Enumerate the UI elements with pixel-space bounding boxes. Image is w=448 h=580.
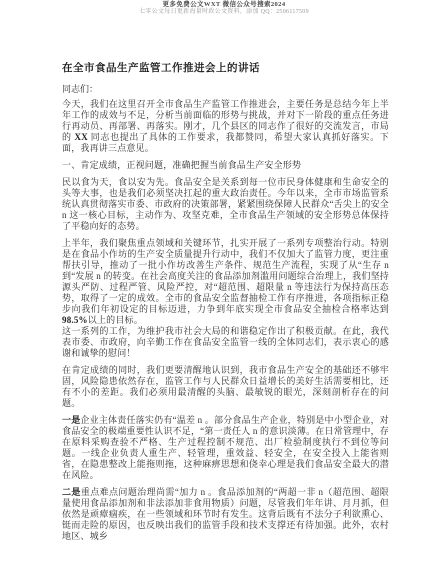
watermark-line-1: 更多免费公文WXT 微信公众号搜索2024 — [0, 1, 448, 8]
salutation: 同志们： — [62, 84, 389, 95]
bold-text: 二是 — [62, 487, 81, 497]
paragraph: 二是重点难点问题治理尚需“加力 n 。食品添加剂的“两超一非 n（超范围、超限量… — [62, 487, 389, 542]
document-page: 更多免费公文WXT 微信公众号搜索2024 七零公文每日更新海量时政公文资料，添… — [0, 0, 448, 580]
paragraph: 上半年，我们聚焦重点领域和关键环节，扎实开展了一系列专项整治行动。特别是在食品小… — [62, 238, 389, 326]
section-heading: 一、肯定成绩，正视问题，准确把握当前食品生产安全形势 — [62, 160, 389, 171]
paragraph: 民以食为天，食以安为先。食品安全是关系到每一位市民身体健康和生命安全的头等大事，… — [62, 177, 389, 232]
watermark-header: 更多免费公文WXT 微信公众号搜索2024 七零公文每日更新海量时政公文资料，添… — [0, 0, 448, 16]
document-body: 今天，我们在这里召开全市食品生产监管工作推进会，主要任务是总结今年上半年工作的成… — [62, 99, 389, 542]
bold-text: 一是 — [62, 415, 80, 425]
paragraph: 这一系列的工作，为维护我市社会大局的和谐稳定作出了积极贡献。在此，我代表市委、市… — [62, 326, 389, 359]
paragraph: 在肯定成绩的同时，我们更要清醒地认识到，我市食品生产安全的基础还不够牢固，风险隐… — [62, 365, 389, 409]
paragraph: 一是企业主体责任落实仍有“温差 n 。部分食品生产企业，特别是中小型企业，对食品… — [62, 415, 389, 481]
watermark-line-2: 七零公文每日更新海量时政公文资料，添加 QQ：2506117509 — [0, 9, 448, 16]
bold-text: 98.5% — [62, 315, 88, 325]
document-content: 在全市食品生产监管工作推进会上的讲话 同志们： 今天，我们在这里召开全市食品生产… — [62, 63, 389, 542]
document-title: 在全市食品生产监管工作推进会上的讲话 — [62, 63, 389, 75]
paragraph: 今天，我们在这里召开全市食品生产监管工作推进会，主要任务是总结今年上半年工作的成… — [62, 99, 389, 154]
bold-text: XX — [75, 132, 88, 142]
